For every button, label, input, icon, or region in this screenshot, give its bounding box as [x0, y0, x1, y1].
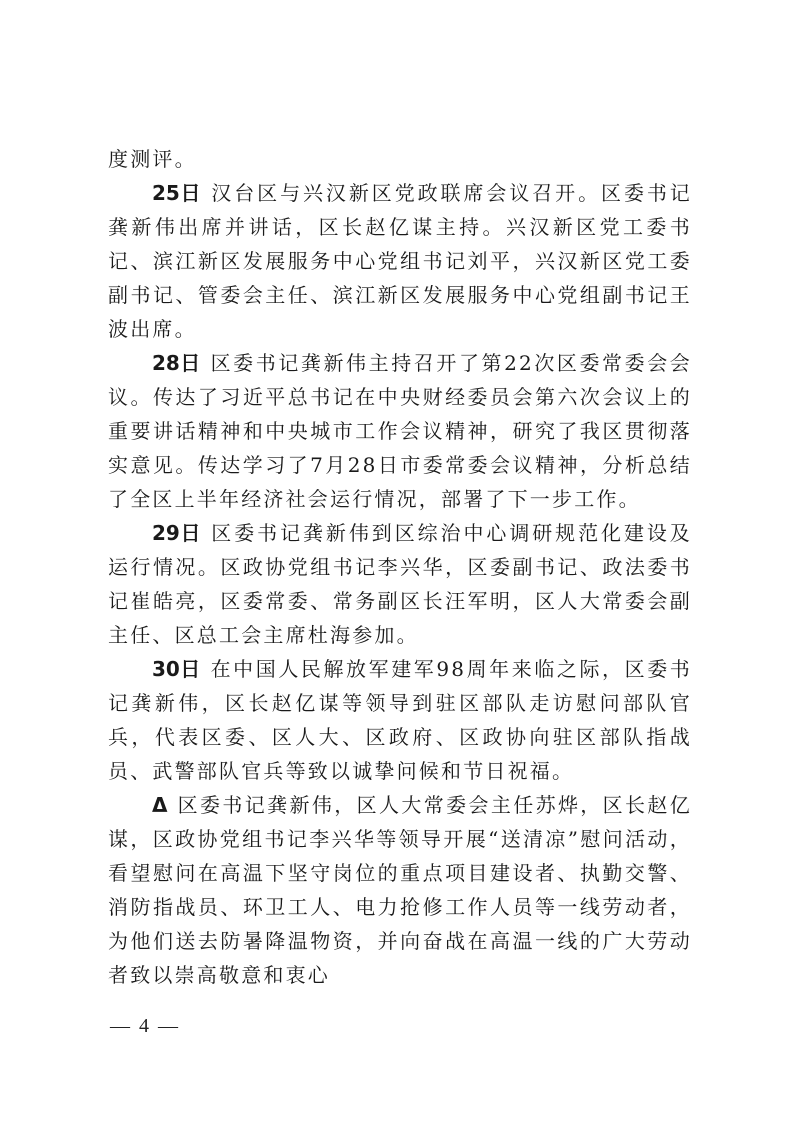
paragraph-day-28: 28日区委书记龚新伟主持召开了第22次区委常委会会议。传达了习近平总书记在中央财… [108, 346, 692, 516]
date-label: 28日 [152, 351, 201, 375]
paragraph-text: 汉台区与兴汉新区党政联席会议召开。区委书记龚新伟出席并讲话，区长赵亿谋主持。兴汉… [108, 181, 692, 341]
paragraph-triangle-item: Δ区委书记龚新伟，区人大常委会主任苏烨，区长赵亿谋，区政协党组书记李兴华等领导开… [108, 788, 692, 992]
document-body: 度测评。 25日汉台区与兴汉新区党政联席会议召开。区委书记龚新伟出席并讲话，区长… [108, 142, 692, 992]
date-label: 29日 [152, 521, 201, 545]
paragraph-continuation: 度测评。 [108, 142, 692, 176]
date-label: 25日 [152, 181, 201, 205]
date-label: 30日 [152, 657, 201, 681]
paragraph-text: 度测评。 [108, 147, 197, 171]
triangle-marker-icon: Δ [152, 793, 167, 817]
paragraph-day-25: 25日汉台区与兴汉新区党政联席会议召开。区委书记龚新伟出席并讲话，区长赵亿谋主持… [108, 176, 692, 346]
paragraph-text: 区委书记龚新伟主持召开了第22次区委常委会会议。传达了习近平总书记在中央财经委员… [108, 351, 692, 511]
page-number: — 4 — [110, 1015, 180, 1038]
paragraph-day-30: 30日在中国人民解放军建军98周年来临之际，区委书记龚新伟，区长赵亿谋等领导到驻… [108, 652, 692, 788]
paragraph-text: 区委书记龚新伟，区人大常委会主任苏烨，区长赵亿谋，区政协党组书记李兴华等领导开展… [108, 793, 692, 987]
paragraph-day-29: 29日区委书记龚新伟到区综治中心调研规范化建设及运行情况。区政协党组书记李兴华，… [108, 516, 692, 652]
